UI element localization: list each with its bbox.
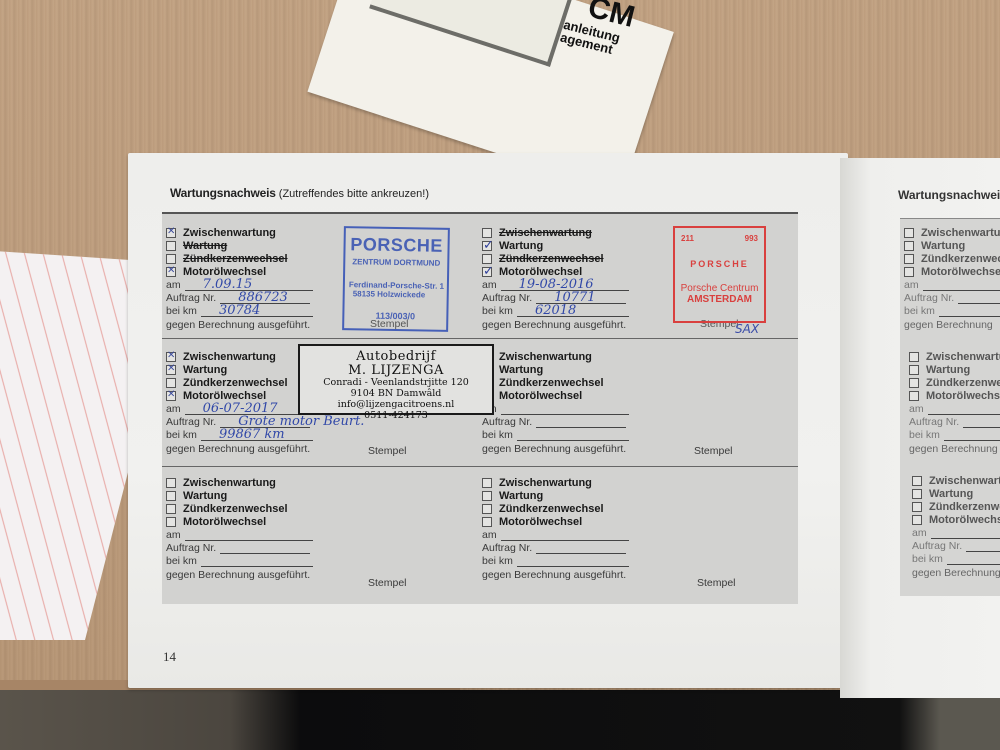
form-field: am [909, 402, 1000, 415]
checkbox-option[interactable]: Zwischenwartung [482, 476, 782, 489]
checkbox-option[interactable]: Zündkerzenwechsel [912, 500, 1000, 513]
checkbox-icon[interactable] [166, 254, 176, 264]
checkbox-option[interactable]: Motorölwechsel [482, 515, 782, 528]
checkbox-icon[interactable] [166, 228, 176, 238]
checkbox-icon[interactable] [166, 517, 176, 527]
checkbox-icon[interactable] [912, 476, 922, 486]
stamp-porsche-dortmund: PORSCHE ZENTRUM DORTMUND Ferdinand-Porsc… [342, 226, 450, 332]
handwritten-value: 62018 [535, 303, 576, 318]
stamp-porsche-amsterdam: 211 993 PORSCHE Porsche Centrum AMSTERDA… [673, 226, 766, 323]
form-field: bei km [482, 554, 782, 567]
lined-notepad [0, 250, 130, 640]
right-page-title: Wartungsnachweis [898, 188, 1000, 202]
checkbox-icon[interactable] [166, 365, 176, 375]
signature: SAX [735, 322, 759, 336]
checkbox-icon[interactable] [912, 515, 922, 525]
form-field: Auftrag Nr. [482, 541, 782, 554]
checkbox-icon[interactable] [912, 489, 922, 499]
checkbox-option[interactable]: Zündkerzenwechsel [482, 502, 782, 515]
checkbox-icon[interactable] [482, 517, 492, 527]
checkbox-icon[interactable] [912, 502, 922, 512]
checkbox-option[interactable]: Motorölwechsel [912, 513, 1000, 526]
checkbox-option[interactable]: Wartung [904, 239, 1000, 252]
form-field: bei km [904, 304, 1000, 317]
form-field: Auftrag Nr. [904, 291, 1000, 304]
form-field: am [482, 402, 782, 415]
service-entry: ZwischenwartungWartungZündkerzenwechselM… [482, 476, 782, 596]
stamp-autobedrijf-lijzenga: Autobedrijf M. LIJZENGA Conradi - Veenla… [298, 344, 494, 415]
checkbox-option[interactable]: Zwischenwartung [166, 476, 466, 489]
checkbox-icon[interactable] [909, 391, 919, 401]
checkbox-icon[interactable] [166, 504, 176, 514]
handwritten-value: 30784 [219, 303, 260, 318]
checkbox-icon[interactable] [166, 352, 176, 362]
stempel-label: Stempel [697, 577, 736, 589]
service-entry: ZwischenwartungWartungZündkerzenwechselM… [482, 350, 782, 470]
checkbox-icon[interactable] [482, 504, 492, 514]
handwritten-value: 99867 km [219, 427, 285, 442]
checkbox-option[interactable]: Wartung [912, 487, 1000, 500]
stempel-label: Stempel [368, 445, 407, 457]
checkbox-option[interactable]: Motorölwechsel [482, 389, 782, 402]
checkbox-icon[interactable] [482, 241, 492, 251]
checkbox-icon[interactable] [909, 378, 919, 388]
page-title: Wartungsnachweis (Zutreffendes bitte ank… [170, 186, 429, 200]
form-field: Auftrag Nr. [912, 539, 1000, 552]
form-field: bei km [166, 554, 466, 567]
checkbox-icon[interactable] [904, 241, 914, 251]
form-field: bei km99867 km [166, 428, 466, 441]
form-field: am [482, 528, 782, 541]
checkbox-option[interactable]: Zwischenwartung [904, 226, 1000, 239]
checkbox-icon[interactable] [904, 267, 914, 277]
checkbox-icon[interactable] [904, 254, 914, 264]
stempel-label: Stempel [368, 577, 407, 589]
stempel-label: Stempel [694, 445, 733, 457]
checkbox-icon[interactable] [909, 352, 919, 362]
right-page-service-entry: ZwischenwartungWartungZündkerzenwechselM… [904, 226, 1000, 346]
checkbox-option[interactable]: Zündkerzenwechsel [482, 376, 782, 389]
checkbox-icon[interactable] [166, 378, 176, 388]
checkbox-option[interactable]: Zwischenwartung [912, 474, 1000, 487]
form-field: am [904, 278, 1000, 291]
checkbox-option[interactable]: Zündkerzenwechsel [909, 376, 1000, 389]
form-field: bei km [909, 428, 1000, 441]
checkbox-option[interactable]: Motorölwechsel [166, 515, 466, 528]
checkbox-option[interactable]: Zwischenwartung [482, 350, 782, 363]
form-field: am [912, 526, 1000, 539]
checkbox-option[interactable]: Wartung [166, 489, 466, 502]
checkbox-option[interactable]: Wartung [482, 489, 782, 502]
form-field: am [166, 528, 466, 541]
form-field: Auftrag Nr. [166, 541, 466, 554]
checkbox-icon[interactable] [482, 267, 492, 277]
checkbox-icon[interactable] [166, 241, 176, 251]
checkbox-option[interactable]: Zündkerzenwechsel [904, 252, 1000, 265]
checkbox-option[interactable]: Motorölwechsel [909, 389, 1000, 402]
checkbox-option[interactable]: Motorölwechsel [904, 265, 1000, 278]
checkbox-option[interactable]: Zündkerzenwechsel [166, 502, 466, 515]
checkbox-icon[interactable] [904, 228, 914, 238]
service-entry: ZwischenwartungWartungZündkerzenwechselM… [166, 476, 466, 596]
checkbox-icon[interactable] [166, 491, 176, 501]
form-field: Auftrag Nr. [482, 415, 782, 428]
checkbox-icon[interactable] [482, 491, 492, 501]
checkbox-icon[interactable] [166, 267, 176, 277]
form-field: Auftrag Nr. [909, 415, 1000, 428]
floor-area [0, 690, 1000, 750]
page-number: 14 [163, 649, 176, 665]
checkbox-icon[interactable] [482, 478, 492, 488]
right-page-service-entry: ZwischenwartungWartungZündkerzenwechselM… [912, 474, 1000, 594]
checkbox-icon[interactable] [166, 391, 176, 401]
checkbox-option[interactable]: Wartung [482, 363, 782, 376]
form-field: bei km [912, 552, 1000, 565]
checkbox-icon[interactable] [166, 478, 176, 488]
right-page-service-entry: ZwischenwartungWartungZündkerzenwechselM… [909, 350, 1000, 470]
form-field: bei km [482, 428, 782, 441]
checkbox-icon[interactable] [909, 365, 919, 375]
checkbox-option[interactable]: Wartung [909, 363, 1000, 376]
checkbox-option[interactable]: Zwischenwartung [909, 350, 1000, 363]
